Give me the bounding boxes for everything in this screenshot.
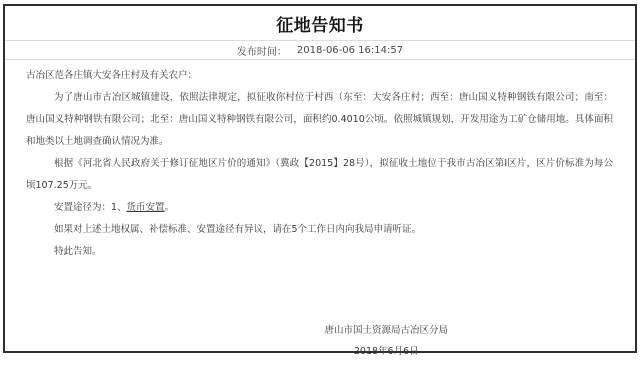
- resettlement-method-underlined: 货币安置: [127, 202, 165, 213]
- paragraph-construction: 为了唐山市古冶区城镇建设，依照法律规定，拟征收你村位于村西（东至：大安各庄村；西…: [26, 87, 613, 153]
- document-title: 征地告知书: [276, 11, 364, 36]
- salutation-line: 古冶区范各庄镇大安各庄村及有关农户：: [26, 65, 613, 87]
- publish-time-value: 2018-06-06 16:14:57: [297, 45, 403, 56]
- resettlement-prefix: 安置途径为：1、: [54, 202, 127, 213]
- resettlement-suffix: 。: [165, 202, 175, 213]
- paragraph-price-standard: 根据《河北省人民政府关于修订征地区片价的通知》（冀政【2015】28号），拟征收…: [26, 153, 613, 197]
- notice-document: 征地告知书 发布时间： 2018-06-06 16:14:57 古冶区范各庄镇大…: [3, 4, 637, 353]
- paragraph-resettlement: 安置途径为：1、货币安置。: [26, 197, 613, 219]
- publish-time-label: 发布时间：: [237, 43, 287, 58]
- paragraph-closing: 特此告知。: [26, 241, 613, 263]
- publish-time-row: 发布时间： 2018-06-06 16:14:57: [5, 41, 635, 60]
- signature-organization: 唐山市国土资源局古冶区分局: [324, 320, 448, 341]
- document-body: 古冶区范各庄镇大安各庄村及有关农户： 为了唐山市古冶区城镇建设，依照法律规定，拟…: [5, 60, 635, 362]
- signature-block: 唐山市国土资源局古冶区分局 2018年6月6日: [324, 320, 448, 362]
- signature-date: 2018年6月6日: [324, 341, 448, 362]
- paragraph-hearing-notice: 如果对上述土地权属、补偿标准、安置途径有异议，请在5个工作日内向我局申请听证。: [26, 219, 613, 241]
- title-row: 征地告知书: [5, 6, 635, 41]
